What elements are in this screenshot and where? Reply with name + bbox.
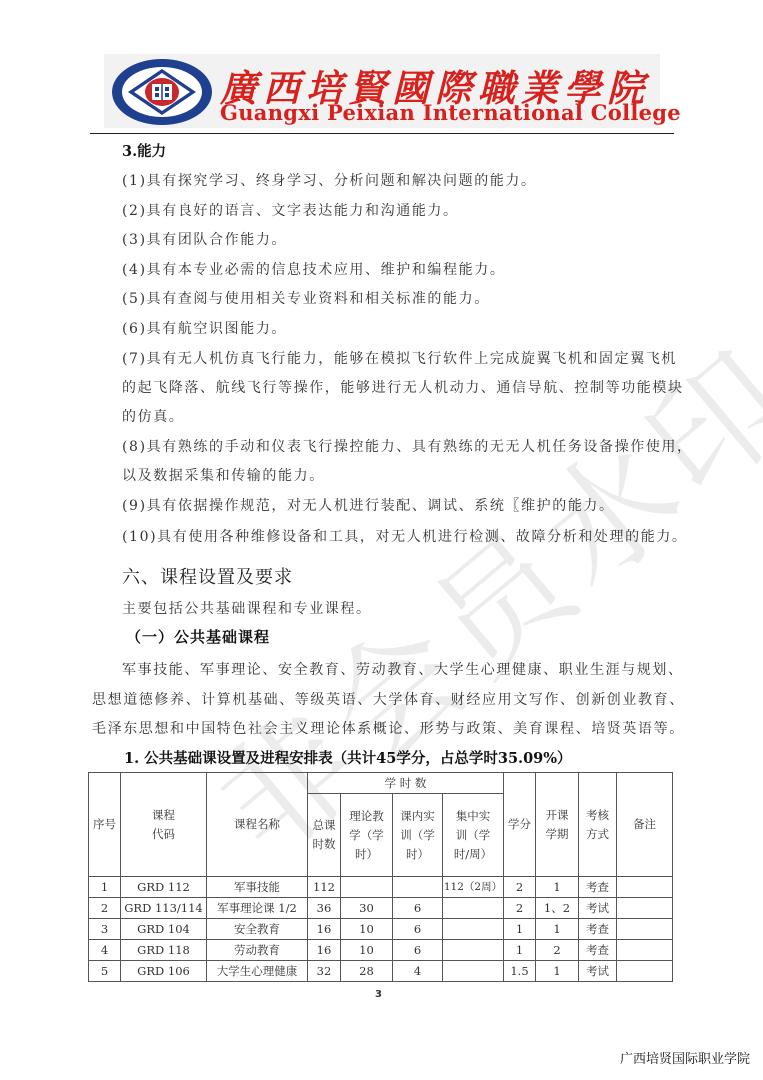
table-row: 5 GRD 106 大学生心理健康 32 28 4 1.5 1 考试 [89, 961, 673, 982]
cell-remark [617, 961, 673, 982]
cell-total: 16 [308, 919, 341, 940]
ability-item-2: (2)具有良好的语言、文字表达能力和沟通能力。 [122, 200, 459, 220]
cell-assessment: 考查 [579, 919, 617, 940]
ability-item-7-line-2: 的起飞降落、航线飞行等操作，能够进行无人机动力、通信导航、控制等功能模块 [122, 377, 684, 397]
table-row: 4 GRD 118 劳动教育 16 10 6 1 2 考查 [89, 940, 673, 961]
cell-intensive [443, 919, 504, 940]
cell-semester: 1、2 [536, 898, 579, 919]
course-schedule-table: 序号 课程代码 课程名称 学 时 数 学分 开课学期 考核方式 备注 总课时数 … [88, 772, 673, 982]
college-logo-icon [110, 58, 214, 126]
cell-remark [617, 877, 673, 898]
section-ability-title: 3.能力 [122, 140, 166, 161]
cell-theory [341, 877, 393, 898]
cell-intensive [443, 940, 504, 961]
header-credit: 学分 [504, 773, 536, 877]
header-code: 课程代码 [121, 773, 207, 877]
cell-total: 36 [308, 898, 341, 919]
ability-item-3: (3)具有团队合作能力。 [122, 229, 287, 249]
cell-lab: 6 [393, 898, 443, 919]
college-name-en: Guangxi Peixian International College [220, 100, 681, 125]
header-theory: 理论教学（学时） [341, 794, 393, 877]
table-row: 2 GRD 113/114 军事理论课 1/2 36 30 6 2 1、2 考试 [89, 898, 673, 919]
ability-item-7-line-3: 的仿真。 [122, 406, 184, 426]
cell-code: GRD 118 [121, 940, 207, 961]
cell-semester: 1 [536, 961, 579, 982]
cell-assessment: 考查 [579, 877, 617, 898]
ability-item-8-line-2: 以及数据采集和传输的能力。 [122, 465, 325, 485]
cell-name: 军事技能 [207, 877, 308, 898]
cell-code: GRD 106 [121, 961, 207, 982]
header-remark: 备注 [617, 773, 673, 877]
header-assessment: 考核方式 [579, 773, 617, 877]
ability-item-1: (1)具有探究学习、终身学习、分析问题和解决问题的能力。 [122, 170, 537, 190]
table-title: 1. 公共基础课设置及进程安排表（共计45学分，占总学时35.09%） [124, 747, 572, 768]
cell-seq: 3 [89, 919, 121, 940]
cell-name: 安全教育 [207, 919, 308, 940]
cell-intensive [443, 898, 504, 919]
cell-lab: 6 [393, 940, 443, 961]
table-row: 3 GRD 104 安全教育 16 10 6 1 1 考查 [89, 919, 673, 940]
cell-credit: 1.5 [504, 961, 536, 982]
cell-remark [617, 898, 673, 919]
cell-total: 32 [308, 961, 341, 982]
cell-seq: 4 [89, 940, 121, 961]
cell-semester: 1 [536, 877, 579, 898]
ability-item-9: (9)具有依据操作规范，对无人机进行装配、调试、系统〖维护的能力。 [122, 495, 615, 515]
header-lab: 课内实训（学时） [393, 794, 443, 877]
cell-lab: 6 [393, 919, 443, 940]
footer-college-name: 广西培贤国际职业学院 [620, 1048, 750, 1067]
cell-intensive: 112（2周） [443, 877, 504, 898]
ability-item-6: (6)具有航空识图能力。 [122, 318, 287, 338]
cell-assessment: 考试 [579, 961, 617, 982]
header-intensive: 集中实训（学时/周） [443, 794, 504, 877]
cell-name: 军事理论课 1/2 [207, 898, 308, 919]
cell-remark [617, 940, 673, 961]
ability-item-5: (5)具有查阅与使用相关专业资料和相关标准的能力。 [122, 288, 490, 308]
cell-code: GRD 112 [121, 877, 207, 898]
cell-semester: 2 [536, 940, 579, 961]
cell-seq: 5 [89, 961, 121, 982]
header-divider [90, 133, 674, 134]
table-row: 1 GRD 112 军事技能 112 112（2周） 2 1 考查 [89, 877, 673, 898]
cell-lab [393, 877, 443, 898]
cell-name: 大学生心理健康 [207, 961, 308, 982]
cell-credit: 1 [504, 919, 536, 940]
cell-theory: 30 [341, 898, 393, 919]
public-courses-line-1: 军事技能、军事理论、安全教育、劳动教育、大学生心理健康、职业生涯与规划、 [122, 659, 684, 679]
header-semester: 开课学期 [536, 773, 579, 877]
cell-assessment: 考查 [579, 940, 617, 961]
cell-theory: 28 [341, 961, 393, 982]
cell-theory: 10 [341, 919, 393, 940]
cell-intensive [443, 961, 504, 982]
public-courses-subtitle: （一）公共基础课程 [126, 626, 270, 647]
ability-item-4: (4)具有本专业必需的信息技术应用、维护和编程能力。 [122, 259, 505, 279]
header-name: 课程名称 [207, 773, 308, 877]
section-courses-intro: 主要包括公共基础课程和专业课程。 [122, 598, 372, 618]
cell-seq: 2 [89, 898, 121, 919]
public-courses-line-2: 思想道德修养、计算机基础、等级英语、大学体育、财经应用文写作、创新创业教育、 [92, 689, 685, 709]
cell-code: GRD 113/114 [121, 898, 207, 919]
cell-credit: 2 [504, 898, 536, 919]
cell-code: GRD 104 [121, 919, 207, 940]
public-courses-line-3: 毛泽东思想和中国特色社会主义理论体系概论、形势与政策、美育课程、培贤英语等。 [92, 718, 685, 738]
section-courses-title: 六、课程设置及要求 [122, 563, 293, 589]
cell-assessment: 考试 [579, 898, 617, 919]
header-total: 总课时数 [308, 794, 341, 877]
cell-remark [617, 919, 673, 940]
cell-credit: 1 [504, 940, 536, 961]
cell-lab: 4 [393, 961, 443, 982]
cell-credit: 2 [504, 877, 536, 898]
header-seq: 序号 [89, 773, 121, 877]
cell-total: 16 [308, 940, 341, 961]
page-number: 3 [375, 989, 382, 1000]
ability-item-8-line-1: (8)具有熟练的手动和仪表飞行操控能力、具有熟练的无无人机任务设备操作使用， [122, 436, 693, 456]
cell-name: 劳动教育 [207, 940, 308, 961]
cell-total: 112 [308, 877, 341, 898]
cell-seq: 1 [89, 877, 121, 898]
ability-item-10: (10)具有使用各种维修设备和工具，对无人机进行检测、故障分析和处理的能力。 [122, 526, 688, 546]
ability-item-7-line-1: (7)具有无人机仿真飞行能力，能够在模拟飞行软件上完成旋翼飞机和固定翼飞机 [122, 348, 677, 368]
cell-theory: 10 [341, 940, 393, 961]
header-hours-group: 学 时 数 [308, 773, 504, 794]
cell-semester: 1 [536, 919, 579, 940]
